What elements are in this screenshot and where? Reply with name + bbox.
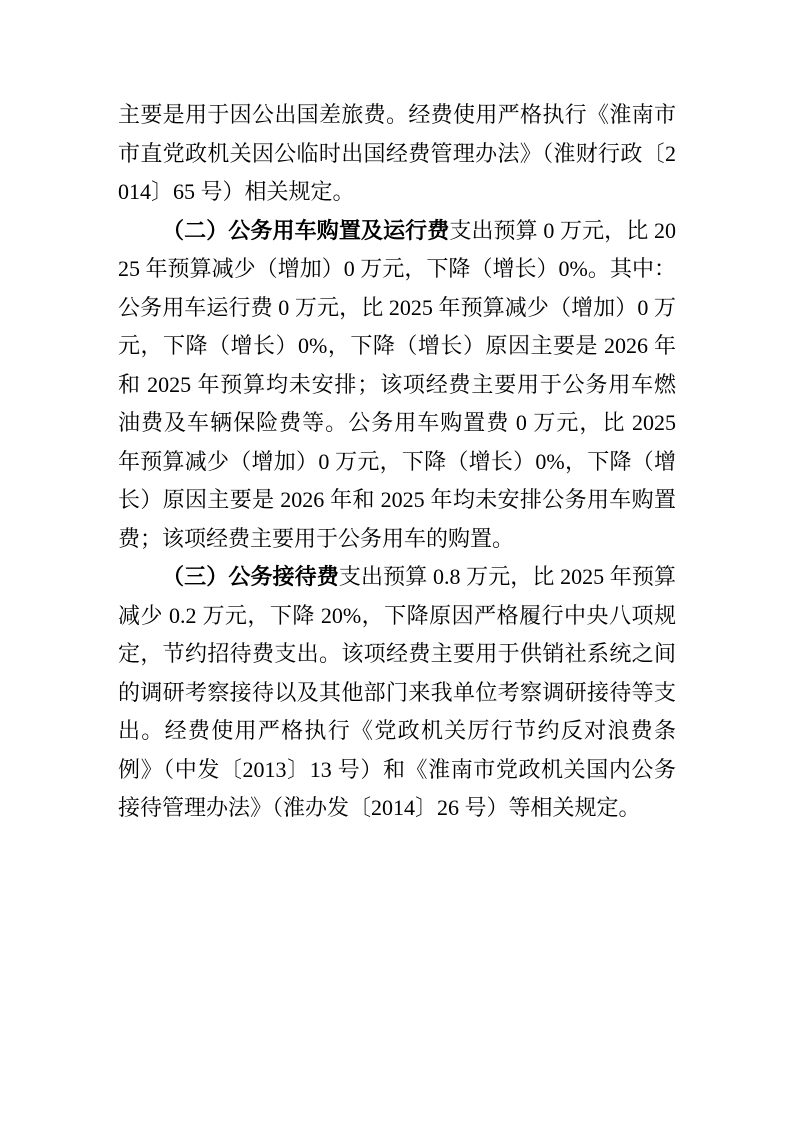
paragraph-heading-official-reception: （三）公务接待费: [162, 564, 339, 589]
paragraph-text: 主要是用于因公出国差旅费。经费使用严格执行《淮南市市直党政机关因公临时出国经费管…: [118, 102, 676, 204]
document-page: 主要是用于因公出国差旅费。经费使用严格执行《淮南市市直党政机关因公临时出国经费管…: [0, 0, 793, 1122]
paragraph-text: 支出预算 0.8 万元，比 2025 年预算减少 0.2 万元，下降 20%，下…: [118, 564, 676, 820]
paragraph-official-reception: （三）公务接待费支出预算 0.8 万元，比 2025 年预算减少 0.2 万元，…: [118, 558, 676, 828]
paragraph-official-vehicle: （二）公务用车购置及运行费支出预算 0 万元，比 2025 年预算减少（增加）0…: [118, 212, 676, 559]
paragraph-heading-official-vehicle: （二）公务用车购置及运行费: [162, 218, 449, 243]
paragraph-text: 支出预算 0 万元，比 2025 年预算减少（增加）0 万元，下降（增长）0%。…: [118, 218, 676, 551]
document-text-area: 主要是用于因公出国差旅费。经费使用严格执行《淮南市市直党政机关因公临时出国经费管…: [118, 96, 676, 828]
paragraph-travel-abroad-continued: 主要是用于因公出国差旅费。经费使用严格执行《淮南市市直党政机关因公临时出国经费管…: [118, 96, 676, 212]
